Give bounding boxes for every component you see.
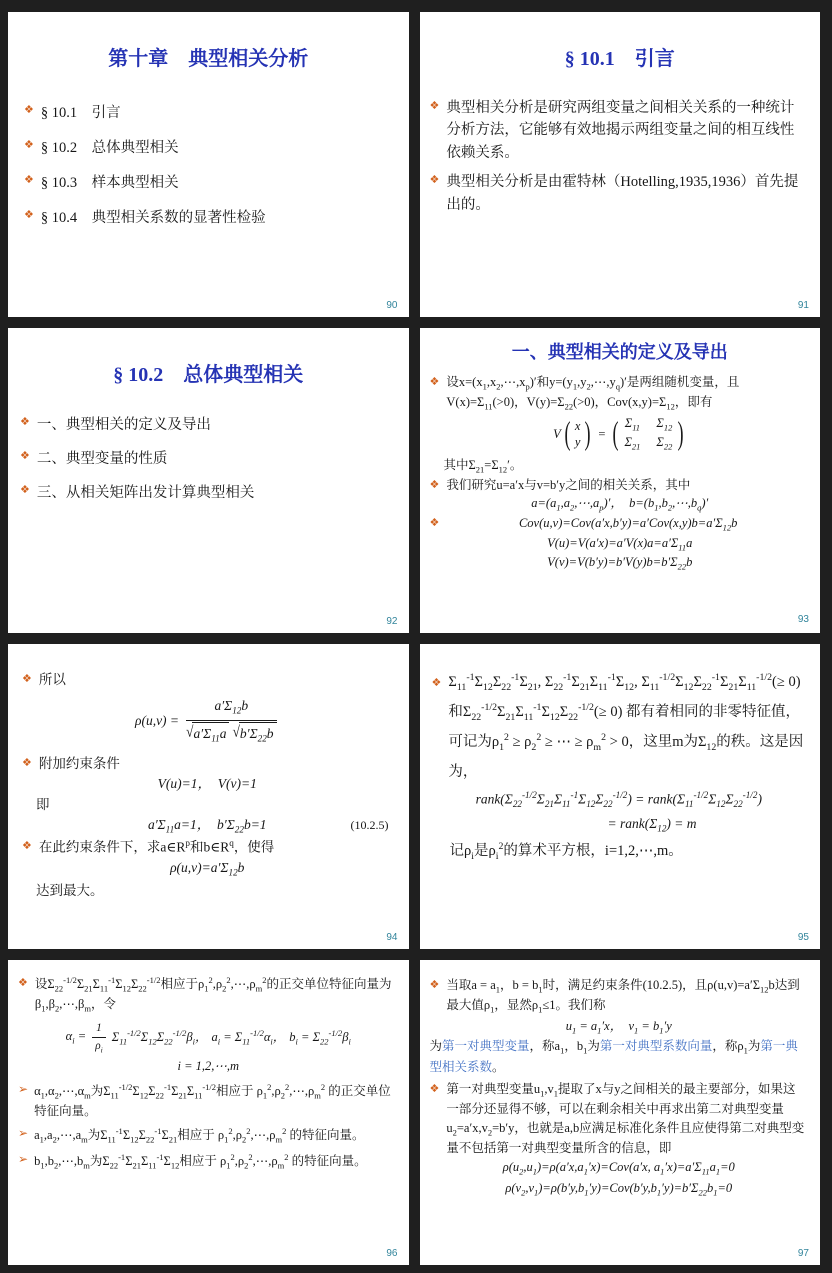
slide-page-92[interactable]: § 10.2 总体典型相关 ❖ 一、典型相关的定义及导出 ❖ 二、典型变量的性质… (8, 328, 409, 633)
diamond-bullet-icon: ❖ (22, 757, 32, 768)
bullet-item: ❖ 当取a = a1，b = b1时，满足约束条件(10.2.5)，且ρ(u,v… (430, 976, 809, 1017)
bullet-text: 典型相关分析是研究两组变量之间相关关系的一种统计分析方法，它能够有效地揭示两组变… (446, 97, 808, 164)
bullet-item: ❖ 附加约束条件 (22, 754, 393, 774)
bullet-item: ❖ 设x=(x1,x2,⋯,xp)′和y=(y1,y2,⋯,yq)′是两组随机变… (430, 373, 811, 412)
formula-alpha-def: αi = 1 ρi Σ11-1/2Σ12Σ22-1/2βi， ai = Σ11-… (18, 1020, 399, 1056)
page-number: 97 (798, 1248, 809, 1259)
formula-constraints: a′Σ11a=1， b′Σ22b=1 (10.2.5) (22, 815, 393, 837)
sqrt-icon: √ (232, 720, 239, 743)
page-number: 92 (386, 616, 397, 627)
vector-y: y (575, 434, 581, 450)
formula-orthogonality-u: ρ(u2,u1)=ρ(a′x,a1′x)=Cov(a′x, a1′x)=a′Σ1… (430, 1158, 809, 1178)
slide-body: ❖ 当取a = a1，b = b1时，满足约束条件(10.2.5)，且ρ(u,v… (420, 960, 821, 1199)
list-item: ❖ § 10.3 样本典型相关 (24, 171, 401, 192)
diamond-bullet-icon: ❖ (24, 209, 34, 220)
bullet-list: ❖ 典型相关分析是研究两组变量之间相关关系的一种统计分析方法，它能够有效地揭示两… (430, 97, 809, 216)
diamond-bullet-icon: ❖ (430, 517, 440, 528)
diamond-bullet-icon: ❖ (22, 673, 32, 684)
toc-list: ❖ § 10.1 引言 ❖ § 10.2 总体典型相关 ❖ § 10.3 样本典… (24, 101, 401, 227)
slide-page-90[interactable]: 第十章 典型相关分析 ❖ § 10.1 引言 ❖ § 10.2 总体典型相关 ❖… (8, 12, 409, 317)
arrow-text: α1,α2,⋯,αm为Σ11-1/2Σ12Σ22-1Σ21Σ11-1/2相应于 … (34, 1081, 398, 1121)
diamond-bullet-icon: ❖ (430, 376, 440, 387)
diamond-bullet-icon: ❖ (20, 484, 30, 495)
formula-orthogonality-v: ρ(v2,v1)=ρ(b′y,b1′y)=Cov(b′y,b1′y)=b′Σ22… (430, 1179, 809, 1199)
formula-var-v: V(v)=V(b′y)=b′V(y)b=b′Σ22b (430, 553, 811, 573)
slide-body: ❖ 设x=(x1,x2,⋯,xp)′和y=(y1,y2,⋯,yq)′是两组随机变… (420, 373, 821, 573)
slide-page-94[interactable]: ❖ 所以 ρ(u,v) = a′Σ12b √ a′Σ11a √ b′Σ22b (8, 644, 409, 949)
bullet-text: 我们研究u=a′x与v=b′y之间的相关关系，其中 (446, 476, 810, 494)
arrow-item: ➢ α1,α2,⋯,αm为Σ11-1/2Σ12Σ22-1Σ21Σ11-1/2相应… (18, 1081, 399, 1121)
bullet-item: ❖ 我们研究u=a′x与v=b′y之间的相关关系，其中 (430, 476, 811, 494)
formula-unit-variance: V(u)=1， V(v)=1 (22, 774, 393, 794)
list-item-label: 一、典型相关的定义及导出 (37, 413, 401, 434)
list-item: ❖ § 10.2 总体典型相关 (24, 136, 401, 157)
diamond-bullet-icon: ❖ (22, 840, 32, 851)
slide-title: § 10.2 总体典型相关 (18, 358, 399, 387)
bullet-item: ❖ 典型相关分析是研究两组变量之间相关关系的一种统计分析方法，它能够有效地揭示两… (430, 97, 809, 164)
matrix-cell: Σ11 (624, 415, 640, 434)
list-item-label: § 10.4 典型相关系数的显著性检验 (41, 206, 401, 227)
fraction-one-over-rho: 1 ρi (92, 1020, 106, 1056)
arrow-text: a1,a2,⋯,am为Σ11-1Σ12Σ22-1Σ21相应于 ρ12,ρ22,⋯… (34, 1125, 398, 1146)
bullet-text: 设Σ22-1/2Σ21Σ11-1Σ12Σ22-1/2相应于ρ12,ρ22,⋯,ρ… (35, 974, 399, 1016)
alpha-lhs: αi = (66, 1027, 87, 1047)
bullet-text: 当取a = a1，b = b1时，满足约束条件(10.2.5)，且ρ(u,v)=… (446, 976, 808, 1017)
slide-page-93[interactable]: 一、典型相关的定义及导出 ❖ 设x=(x1,x2,⋯,xp)′和y=(y1,y2… (420, 328, 821, 633)
fraction-denominator: √ a′Σ11a √ b′Σ22b (186, 721, 276, 746)
body-line: 其中Σ21=Σ12′。 (444, 456, 811, 476)
arrowhead-bullet-icon: ➢ (18, 1126, 28, 1142)
list-item: ❖ § 10.4 典型相关系数的显著性检验 (24, 206, 401, 227)
left-paren: ( (564, 418, 570, 451)
equation-number: (10.2.5) (351, 816, 389, 834)
body-line: 记ρi是ρi2的算术平方根，i=1,2,⋯,m。 (450, 837, 807, 867)
slide-title: 第十章 典型相关分析 (18, 42, 399, 71)
bullet-item: ❖ 第一对典型变量u1,v1提取了x与y之间相关的最主要部分，如果这一部分还显得… (430, 1080, 809, 1159)
bullet-item: ❖ 所以 (22, 670, 393, 690)
formula-lhs: ρ(u,v) = (135, 711, 179, 731)
arrow-text: b1,b2,⋯,bm为Σ22-1Σ21Σ11-1Σ12相应于 ρ12,ρ22,⋯… (34, 1151, 398, 1172)
bullet-text: 附加约束条件 (39, 754, 393, 774)
slide-title: § 10.1 引言 (430, 42, 811, 71)
page-number: 91 (798, 300, 809, 311)
diamond-bullet-icon: ❖ (430, 979, 440, 990)
formula-rank-2: = rank(Σ12) = m (608, 813, 807, 837)
diamond-bullet-icon: ❖ (20, 450, 30, 461)
page-number: 95 (798, 932, 809, 943)
matrix-cell: Σ12 (656, 415, 672, 434)
arrow-item: ➢ b1,b2,⋯,bm为Σ22-1Σ21Σ11-1Σ12相应于 ρ12,ρ22… (18, 1151, 399, 1172)
bullet-item: ❖ 设Σ22-1/2Σ21Σ11-1Σ12Σ22-1/2相应于ρ12,ρ22,⋯… (18, 974, 399, 1016)
slide-page-96[interactable]: ❖ 设Σ22-1/2Σ21Σ11-1Σ12Σ22-1/2相应于ρ12,ρ22,⋯… (8, 960, 409, 1265)
slide-page-91[interactable]: § 10.1 引言 ❖ 典型相关分析是研究两组变量之间相关关系的一种统计分析方法… (420, 12, 821, 317)
handout-grid: 第十章 典型相关分析 ❖ § 10.1 引言 ❖ § 10.2 总体典型相关 ❖… (0, 0, 832, 1273)
formula-rank-1: rank(Σ22-1/2Σ21Σ11-1Σ12Σ22-1/2) = rank(Σ… (432, 788, 807, 813)
diamond-bullet-icon: ❖ (18, 977, 28, 988)
slide-page-97[interactable]: ❖ 当取a = a1，b = b1时，满足约束条件(10.2.5)，且ρ(u,v… (420, 960, 821, 1265)
slide-body: ❖ 所以 ρ(u,v) = a′Σ12b √ a′Σ11a √ b′Σ22b (8, 644, 409, 901)
bullet-item: ❖ 在此约束条件下，求a∈Rp和b∈Rq，使得 (22, 837, 393, 858)
diamond-bullet-icon: ❖ (20, 416, 30, 427)
text-segment: ，称ρ1为 (712, 1039, 760, 1053)
fraction-denominator: ρi (92, 1038, 106, 1056)
fraction-numerator: 1 (92, 1020, 106, 1038)
slide-body: ❖ 设Σ22-1/2Σ21Σ11-1Σ12Σ22-1/2相应于ρ12,ρ22,⋯… (8, 960, 409, 1172)
fraction-numerator: a′Σ12b (186, 696, 276, 720)
text-segment: 为 (430, 1039, 443, 1053)
list-item: ❖ § 10.1 引言 (24, 101, 401, 122)
term-first-canonical-coefficient-vectors: 第一对典型系数向量 (600, 1039, 713, 1053)
matrix-cell: Σ21 (624, 434, 640, 453)
radicand: a′Σ11a (192, 722, 229, 746)
page-number: 90 (386, 300, 397, 311)
matrix-lhs: V (553, 425, 561, 443)
bullet-text: Σ11-1Σ12Σ22-1Σ21, Σ22-1Σ21Σ11-1Σ12, Σ11-… (448, 668, 806, 788)
list-item-label: § 10.2 总体典型相关 (41, 136, 401, 157)
sqrt-icon: √ (186, 720, 193, 743)
xy-vector: x y (574, 418, 582, 451)
fraction: a′Σ12b √ a′Σ11a √ b′Σ22b (186, 696, 276, 746)
radicand: b′Σ22b (239, 722, 277, 746)
bullet-text: 设x=(x1,x2,⋯,xp)′和y=(y1,y2,⋯,yq)′是两组随机变量，… (446, 373, 810, 412)
vector-x: x (575, 418, 581, 434)
formula-rho-max: ρ(u,v)=a′Σ12b (22, 858, 393, 880)
constraint-equation: a′Σ11a=1， b′Σ22b=1 (148, 817, 267, 832)
definition-line: 为第一对典型变量，称a1，b1为第一对典型系数向量，称ρ1为第一典型相关系数。 (430, 1037, 809, 1076)
bullet-item: ❖ Cov(u,v)=Cov(a′x,b′y)=a′Cov(x,y)b=a′Σ1… (430, 514, 811, 534)
diamond-bullet-icon: ❖ (430, 100, 440, 111)
radical: √ a′Σ11a (186, 722, 229, 746)
formula-u1-v1: u1 = a1′x， v1 = b1′y (430, 1017, 809, 1037)
a-def: ai = Σ11-1/2αi， (212, 1027, 286, 1048)
text-segment: 。 (492, 1060, 505, 1074)
equals-sign: = (598, 425, 605, 443)
alpha-rhs: Σ11-1/2Σ12Σ22-1/2βi， (112, 1027, 208, 1048)
diamond-bullet-icon: ❖ (24, 139, 34, 150)
sigma-matrix: Σ11 Σ12 Σ21 Σ22 (622, 415, 674, 453)
diamond-bullet-icon: ❖ (24, 104, 34, 115)
diamond-bullet-icon: ❖ (430, 174, 440, 185)
arrow-item: ➢ a1,a2,⋯,am为Σ11-1Σ12Σ22-1Σ21相应于 ρ12,ρ22… (18, 1125, 399, 1146)
arrowhead-bullet-icon: ➢ (18, 1082, 28, 1098)
diamond-bullet-icon: ❖ (430, 1083, 440, 1094)
page-number: 96 (386, 1248, 397, 1259)
formula-rho-fraction: ρ(u,v) = a′Σ12b √ a′Σ11a √ b′Σ22b (22, 696, 393, 746)
formula-index-range: i = 1,2,⋯,m (18, 1057, 399, 1076)
bullet-item: ❖ Σ11-1Σ12Σ22-1Σ21, Σ22-1Σ21Σ11-1Σ12, Σ1… (432, 668, 807, 788)
formula-cov-uv: Cov(u,v)=Cov(a′x,b′y)=a′Cov(x,y)b=a′Σ12b (446, 514, 810, 534)
text-segment: ，称a1，b1为 (530, 1039, 600, 1053)
diamond-bullet-icon: ❖ (432, 677, 442, 688)
bullet-item: ❖ 典型相关分析是由霍特林（Hotelling,1935,1936）首先提出的。 (430, 171, 809, 216)
bullet-text: 第一对典型变量u1,v1提取了x与y之间相关的最主要部分，如果这一部分还显得不够… (446, 1080, 808, 1159)
body-line: 即 (36, 795, 393, 815)
matrix-cell: Σ22 (656, 434, 672, 453)
diamond-bullet-icon: ❖ (24, 174, 34, 185)
page-number: 93 (798, 613, 809, 627)
bullet-text: 所以 (39, 670, 393, 690)
slide-body: ❖ Σ11-1Σ12Σ22-1Σ21, Σ22-1Σ21Σ11-1Σ12, Σ1… (420, 644, 821, 867)
list-item-label: § 10.3 样本典型相关 (41, 171, 401, 192)
list-item-label: 二、典型变量的性质 (37, 447, 401, 468)
bullet-text: 在此约束条件下，求a∈Rp和b∈Rq，使得 (39, 837, 393, 858)
list-item-label: § 10.1 引言 (41, 101, 401, 122)
list-item: ❖ 三、从相关矩阵出发计算典型相关 (20, 481, 401, 502)
slide-title: 一、典型相关的定义及导出 (426, 340, 815, 366)
formula-var-u: V(u)=V(a′x)=a′V(x)a=a′Σ11a (430, 534, 811, 554)
b-def: bi = Σ22-1/2βi (289, 1027, 351, 1048)
right-paren: ) (585, 418, 591, 451)
arrowhead-bullet-icon: ➢ (18, 1152, 28, 1168)
right-paren: ) (678, 418, 684, 451)
bullet-text: 典型相关分析是由霍特林（Hotelling,1935,1936）首先提出的。 (446, 171, 808, 216)
body-line: 达到最大。 (36, 881, 393, 901)
toc-list: ❖ 一、典型相关的定义及导出 ❖ 二、典型变量的性质 ❖ 三、从相关矩阵出发计算… (20, 413, 401, 502)
covariance-matrix-equation: V ( x y ) = ( Σ11 Σ12 Σ21 Σ22 ) (430, 415, 811, 453)
term-first-canonical-variables: 第一对典型变量 (442, 1039, 530, 1053)
slide-page-95[interactable]: ❖ Σ11-1Σ12Σ22-1Σ21, Σ22-1Σ21Σ11-1Σ12, Σ1… (420, 644, 821, 949)
formula-ab-vectors: a=(a1,a2,⋯,ap)′， b=(b1,b2,⋯,bq)′ (430, 494, 811, 514)
list-item: ❖ 二、典型变量的性质 (20, 447, 401, 468)
diamond-bullet-icon: ❖ (430, 479, 440, 490)
radical: √ b′Σ22b (232, 722, 276, 746)
left-paren: ( (613, 418, 619, 451)
list-item: ❖ 一、典型相关的定义及导出 (20, 413, 401, 434)
page-number: 94 (386, 932, 397, 943)
list-item-label: 三、从相关矩阵出发计算典型相关 (37, 481, 401, 502)
